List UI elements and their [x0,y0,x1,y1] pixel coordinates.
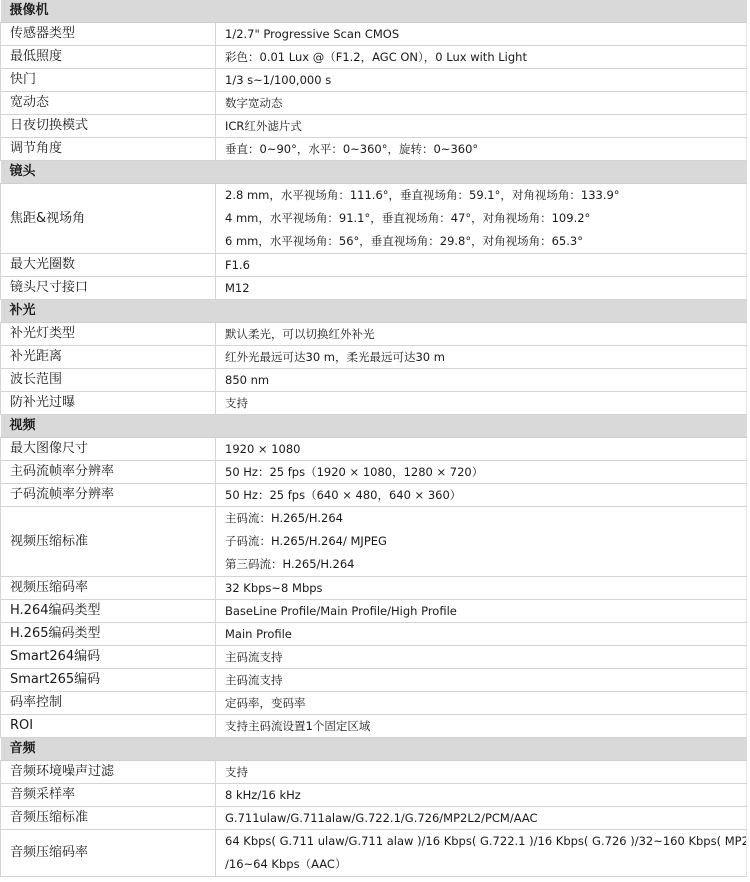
spec-value: 彩色：0.01 Lux @（F1.2，AGC ON），0 Lux with Li… [216,46,747,69]
spec-row: 补光距离 红外光最远可达30 m，柔光最远可达30 m [1,346,747,369]
spec-value: Main Profile [216,623,747,646]
spec-row: 调节角度 垂直：0~90°，水平：0~360°，旋转：0~360° [1,138,747,161]
section-title: 镜头 [1,161,747,184]
spec-label: 主码流帧率分辨率 [1,461,216,484]
spec-label: 码率控制 [1,692,216,715]
spec-value: 定码率，变码率 [216,692,747,715]
spec-value: M12 [216,277,747,300]
spec-value: 支持 [216,761,747,784]
spec-label: 最低照度 [1,46,216,69]
spec-row: 音频压缩码率 64 Kbps( G.711 ulaw/G.711 alaw )/… [1,830,747,877]
spec-label: 镜头尺寸接口 [1,277,216,300]
spec-label: 子码流帧率分辨率 [1,484,216,507]
section-header-video: 视频 [1,415,747,438]
spec-value: 8 kHz/16 kHz [216,784,747,807]
spec-value: BaseLine Profile/Main Profile/High Profi… [216,600,747,623]
spec-label: 焦距&视场角 [1,184,216,254]
spec-value: 1/3 s~1/100,000 s [216,69,747,92]
spec-row: 宽动态 数字宽动态 [1,92,747,115]
spec-label: 视频压缩码率 [1,577,216,600]
spec-value: 50 Hz：25 fps（1920 × 1080，1280 × 720） [216,461,747,484]
spec-row: Smart264编码 主码流支持 [1,646,747,669]
spec-label: Smart265编码 [1,669,216,692]
spec-label: 最大光圈数 [1,254,216,277]
spec-value: 红外光最远可达30 m，柔光最远可达30 m [216,346,747,369]
spec-label: 日夜切换模式 [1,115,216,138]
spec-label: 视频压缩标准 [1,507,216,577]
spec-label: H.264编码类型 [1,600,216,623]
spec-label: 音频环境噪声过滤 [1,761,216,784]
section-title: 视频 [1,415,747,438]
spec-row: H.264编码类型 BaseLine Profile/Main Profile/… [1,600,747,623]
spec-value-line: /16~64 Kbps（AAC） [225,853,746,876]
spec-label: 防补光过曝 [1,392,216,415]
spec-row: 音频采样率 8 kHz/16 kHz [1,784,747,807]
spec-value: 支持主码流设置1个固定区域 [216,715,747,738]
spec-row: 镜头尺寸接口 M12 [1,277,747,300]
spec-value-line: 主码流：H.265/H.264 [225,507,746,530]
spec-value: F1.6 [216,254,747,277]
spec-value: 850 nm [216,369,747,392]
spec-value-line: 6 mm，水平视场角：56°，垂直视场角：29.8°，对角视场角：65.3° [225,230,746,253]
section-header-fill-light: 补光 [1,300,747,323]
spec-label: 最大图像尺寸 [1,438,216,461]
spec-value: 主码流支持 [216,669,747,692]
spec-row: 视频压缩码率 32 Kbps~8 Mbps [1,577,747,600]
spec-row: 子码流帧率分辨率 50 Hz：25 fps（640 × 480，640 × 36… [1,484,747,507]
spec-row: 快门 1/3 s~1/100,000 s [1,69,747,92]
spec-table: 摄像机 传感器类型 1/2.7" Progressive Scan CMOS 最… [0,0,747,877]
spec-value: 1/2.7" Progressive Scan CMOS [216,23,747,46]
spec-row: Smart265编码 主码流支持 [1,669,747,692]
spec-value: 主码流：H.265/H.264 子码流：H.265/H.264/ MJPEG 第… [216,507,747,577]
spec-row: 音频压缩标准 G.711ulaw/G.711alaw/G.722.1/G.726… [1,807,747,830]
spec-label: 音频压缩标准 [1,807,216,830]
spec-value: 数字宽动态 [216,92,747,115]
spec-row: 传感器类型 1/2.7" Progressive Scan CMOS [1,23,747,46]
spec-row: H.265编码类型 Main Profile [1,623,747,646]
spec-label: 音频采样率 [1,784,216,807]
spec-value-line: 2.8 mm，水平视场角：111.6°，垂直视场角：59.1°，对角视场角：13… [225,184,746,207]
spec-row: 主码流帧率分辨率 50 Hz：25 fps（1920 × 1080，1280 ×… [1,461,747,484]
spec-label: 快门 [1,69,216,92]
section-title: 摄像机 [1,0,747,23]
spec-label: 波长范围 [1,369,216,392]
spec-value: G.711ulaw/G.711alaw/G.722.1/G.726/MP2L2/… [216,807,747,830]
spec-value: 垂直：0~90°，水平：0~360°，旋转：0~360° [216,138,747,161]
spec-value-line: 第三码流：H.265/H.264 [225,553,746,576]
section-title: 音频 [1,738,747,761]
section-header-audio: 音频 [1,738,747,761]
spec-label: H.265编码类型 [1,623,216,646]
spec-value-line: 子码流：H.265/H.264/ MJPEG [225,530,746,553]
spec-row: 补光灯类型 默认柔光，可以切换红外补光 [1,323,747,346]
section-header-lens: 镜头 [1,161,747,184]
spec-row: 最大图像尺寸 1920 × 1080 [1,438,747,461]
section-title: 补光 [1,300,747,323]
spec-label: 补光距离 [1,346,216,369]
spec-value: 2.8 mm，水平视场角：111.6°，垂直视场角：59.1°，对角视场角：13… [216,184,747,254]
spec-row: 视频压缩标准 主码流：H.265/H.264 子码流：H.265/H.264/ … [1,507,747,577]
spec-label: 传感器类型 [1,23,216,46]
spec-row: 焦距&视场角 2.8 mm，水平视场角：111.6°，垂直视场角：59.1°，对… [1,184,747,254]
spec-value: 默认柔光，可以切换红外补光 [216,323,747,346]
spec-value: 32 Kbps~8 Mbps [216,577,747,600]
spec-value: 主码流支持 [216,646,747,669]
spec-label: 调节角度 [1,138,216,161]
spec-label: ROI [1,715,216,738]
spec-row: 码率控制 定码率，变码率 [1,692,747,715]
spec-value: ICR红外滤片式 [216,115,747,138]
section-header-camera: 摄像机 [1,0,747,23]
spec-label: 补光灯类型 [1,323,216,346]
spec-row: 波长范围 850 nm [1,369,747,392]
spec-value: 1920 × 1080 [216,438,747,461]
spec-row: 最低照度 彩色：0.01 Lux @（F1.2，AGC ON），0 Lux wi… [1,46,747,69]
spec-row: 音频环境噪声过滤 支持 [1,761,747,784]
spec-row: 最大光圈数 F1.6 [1,254,747,277]
spec-label: Smart264编码 [1,646,216,669]
spec-value: 支持 [216,392,747,415]
spec-label: 音频压缩码率 [1,830,216,877]
spec-value: 50 Hz：25 fps（640 × 480，640 × 360） [216,484,747,507]
spec-row: 防补光过曝 支持 [1,392,747,415]
spec-row: ROI 支持主码流设置1个固定区域 [1,715,747,738]
spec-row: 日夜切换模式 ICR红外滤片式 [1,115,747,138]
spec-value: 64 Kbps( G.711 ulaw/G.711 alaw )/16 Kbps… [216,830,747,877]
spec-label: 宽动态 [1,92,216,115]
spec-value-line: 64 Kbps( G.711 ulaw/G.711 alaw )/16 Kbps… [225,830,746,853]
spec-value-line: 4 mm，水平视场角：91.1°，垂直视场角：47°，对角视场角：109.2° [225,207,746,230]
